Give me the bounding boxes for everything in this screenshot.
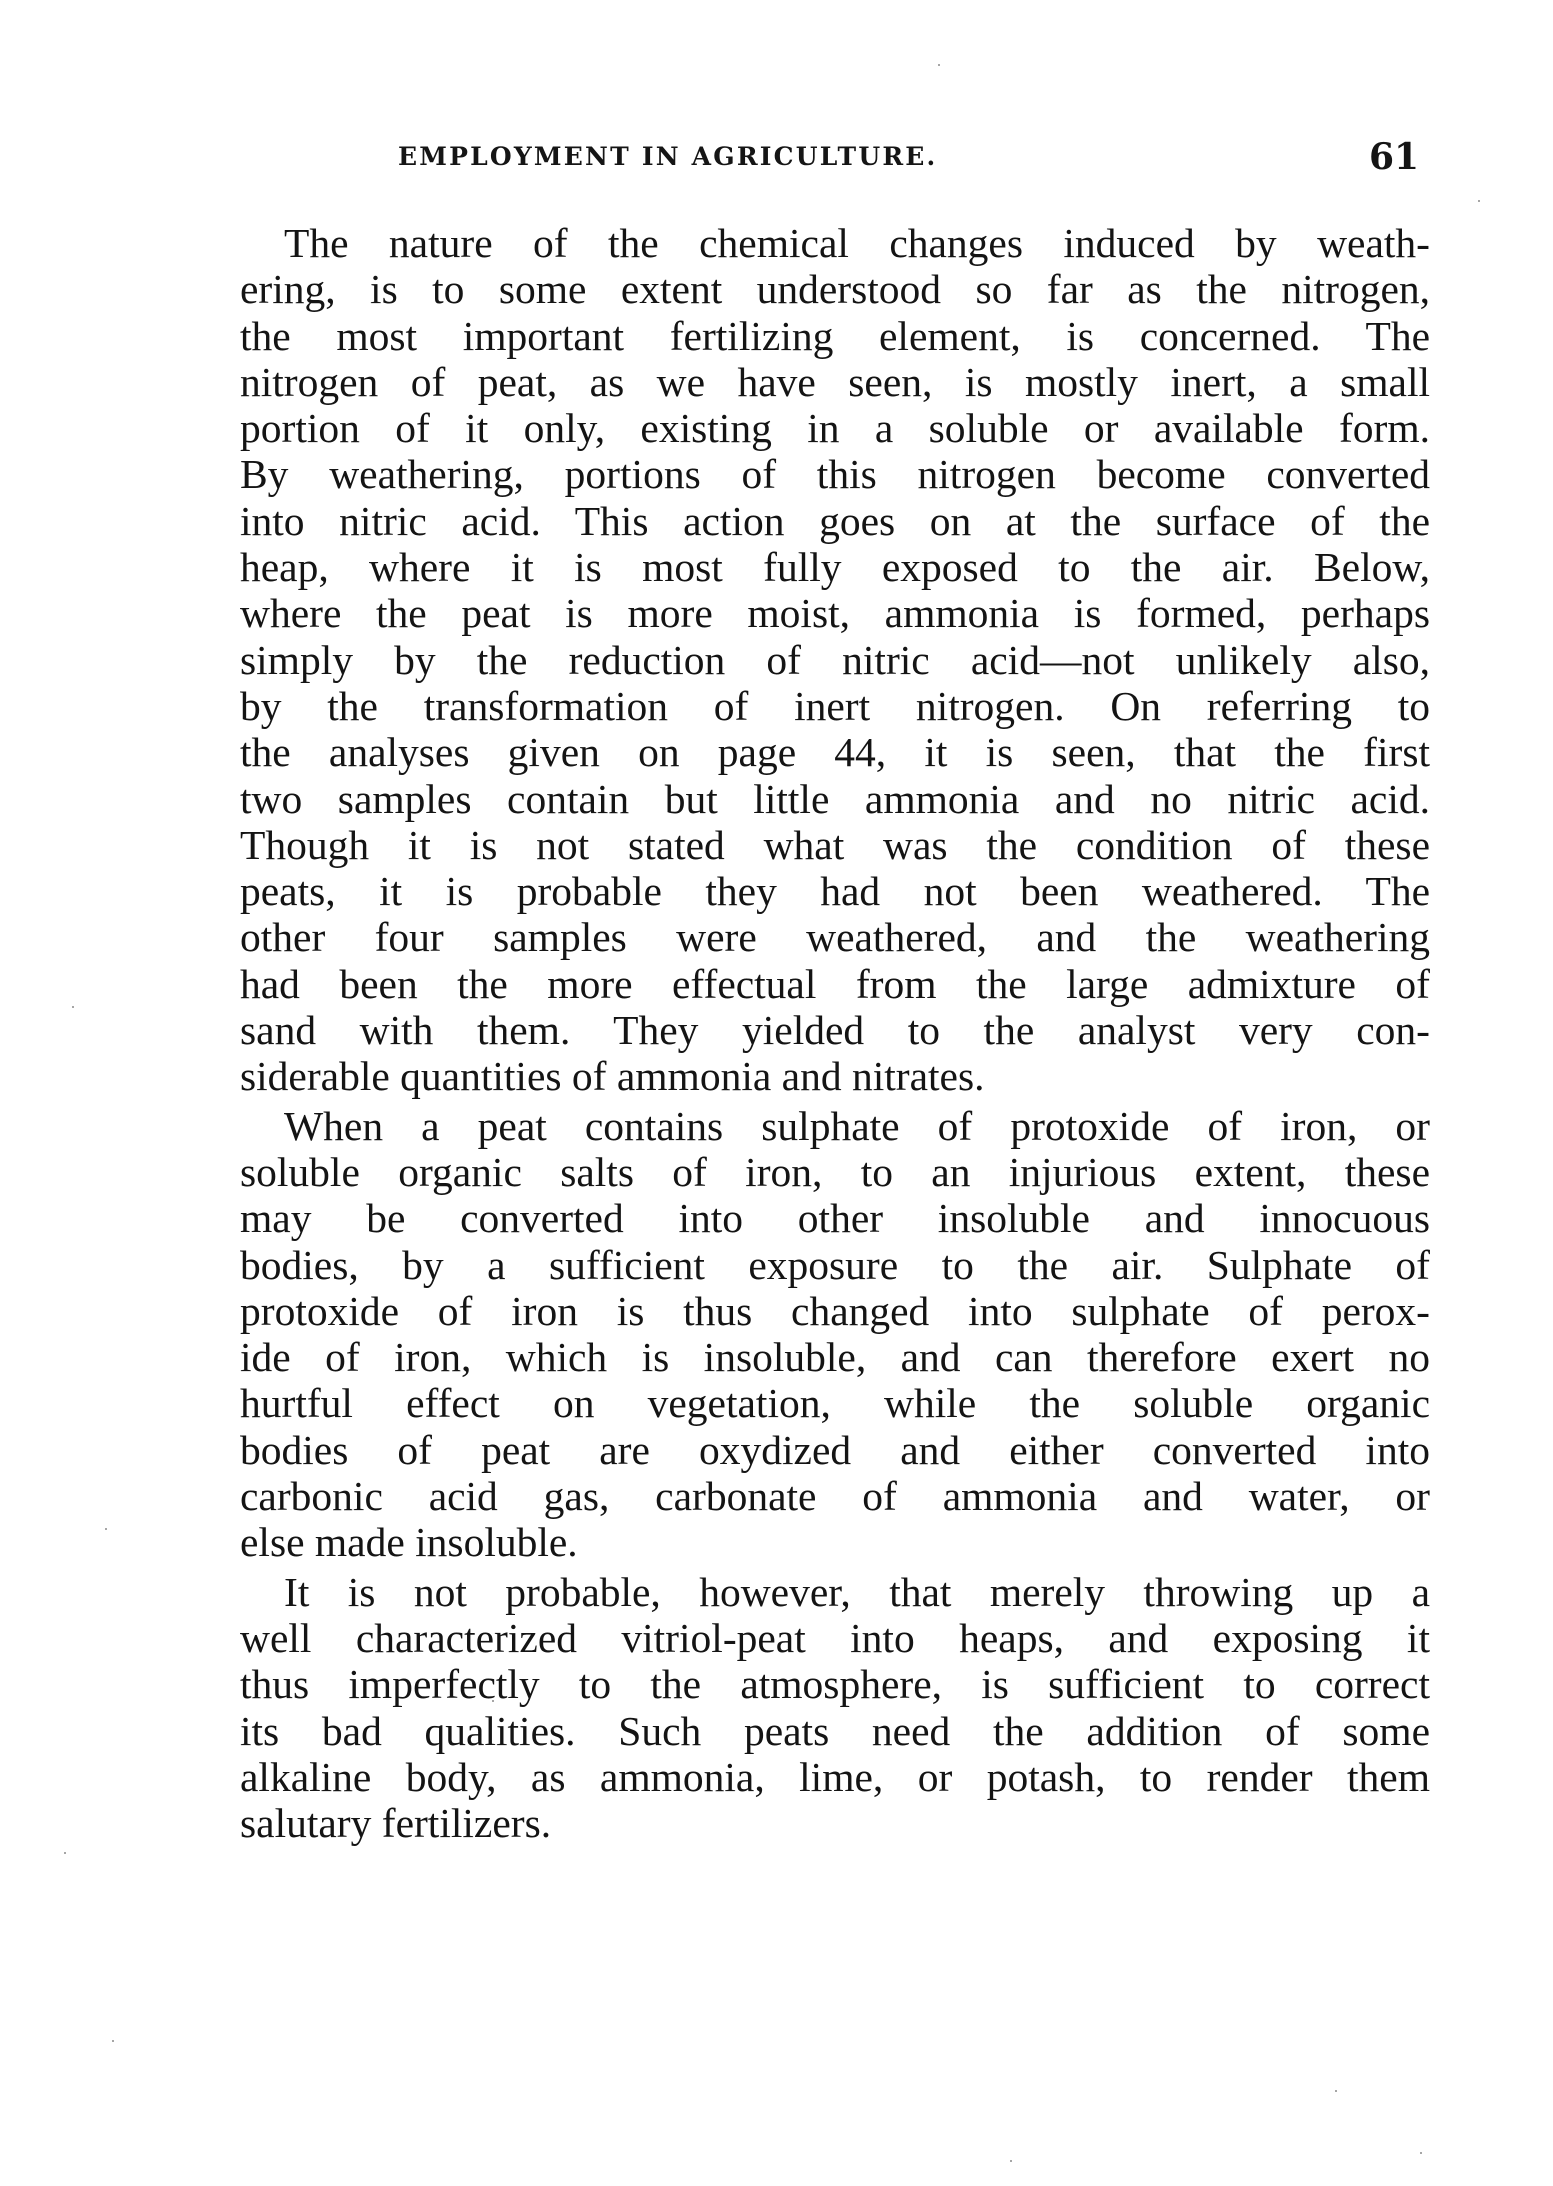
running-head: EMPLOYMENT IN AGRICULTURE. 61 xyxy=(0,136,1553,186)
text-line: thus imperfectly to the atmosphere, is s… xyxy=(240,1661,1430,1707)
text-line: may be converted into other insoluble an… xyxy=(240,1195,1430,1241)
text-line: nitrogen of peat, as we have seen, is mo… xyxy=(240,359,1430,405)
text-line: other four samples were weathered, and t… xyxy=(240,914,1430,960)
text-line: bodies of peat are oxydized and either c… xyxy=(240,1427,1430,1473)
text-line: It is not probable, however, that merely… xyxy=(240,1569,1430,1615)
text-line: peats, it is probable they had not been … xyxy=(240,868,1430,914)
text-line: heap, where it is most fully exposed to … xyxy=(240,544,1430,590)
text-line: When a peat contains sulphate of protoxi… xyxy=(240,1103,1430,1149)
text-line: into nitric acid. This action goes on at… xyxy=(240,498,1430,544)
book-page: EMPLOYMENT IN AGRICULTURE. 61 The nature… xyxy=(0,0,1553,2186)
text-line: Though it is not stated what was the con… xyxy=(240,822,1430,868)
text-line: bodies, by a sufficient exposure to the … xyxy=(240,1242,1430,1288)
text-line: carbonic acid gas, carbonate of ammonia … xyxy=(240,1473,1430,1519)
scan-speck xyxy=(492,1700,494,1702)
text-line: well characterized vitriol-peat into hea… xyxy=(240,1615,1430,1661)
text-line: portion of it only, existing in a solubl… xyxy=(240,405,1430,451)
text-line: by the transformation of inert nitrogen.… xyxy=(240,683,1430,729)
body-text: The nature of the chemical changes induc… xyxy=(240,220,1430,1846)
text-line: had been the more effectual from the lar… xyxy=(240,961,1430,1007)
text-line: the most important fertilizing element, … xyxy=(240,313,1430,359)
scan-speck xyxy=(1478,200,1480,202)
scan-speck xyxy=(938,64,940,66)
paragraph-vitriol-peat: It is not probable, however, that merely… xyxy=(240,1569,1430,1847)
text-line: simply by the reduction of nitric acid—n… xyxy=(240,637,1430,683)
text-line: the analyses given on page 44, it is see… xyxy=(240,729,1430,775)
text-line: siderable quantities of ammonia and nitr… xyxy=(240,1053,1430,1099)
scan-speck xyxy=(112,2040,114,2042)
text-line: salutary fertilizers. xyxy=(240,1800,1430,1846)
scan-speck xyxy=(72,1006,74,1008)
page-number: 61 xyxy=(1369,136,1419,178)
text-line: protoxide of iron is thus changed into s… xyxy=(240,1288,1430,1334)
text-line: sand with them. They yielded to the anal… xyxy=(240,1007,1430,1053)
text-line: The nature of the chemical changes induc… xyxy=(240,220,1430,266)
text-line: ering, is to some extent understood so f… xyxy=(240,266,1430,312)
scan-speck xyxy=(1010,2160,1012,2162)
scan-speck xyxy=(1420,2152,1422,2154)
text-line: alkaline body, as ammonia, lime, or pota… xyxy=(240,1754,1430,1800)
text-line: its bad qualities. Such peats need the a… xyxy=(240,1708,1430,1754)
text-line: ide of iron, which is insoluble, and can… xyxy=(240,1334,1430,1380)
text-line: else made insoluble. xyxy=(240,1519,1430,1565)
scan-speck xyxy=(105,1528,107,1530)
text-line: two samples contain but little ammonia a… xyxy=(240,776,1430,822)
text-line: where the peat is more moist, ammonia is… xyxy=(240,590,1430,636)
paragraph-weathering-nitrogen: The nature of the chemical changes induc… xyxy=(240,220,1430,1100)
scan-speck xyxy=(64,1852,66,1854)
scan-speck xyxy=(1335,2090,1337,2092)
text-line: soluble organic salts of iron, to an inj… xyxy=(240,1149,1430,1195)
paragraph-iron-salts: When a peat contains sulphate of protoxi… xyxy=(240,1103,1430,1566)
running-title: EMPLOYMENT IN AGRICULTURE. xyxy=(398,142,937,171)
text-line: hurtful effect on vegetation, while the … xyxy=(240,1380,1430,1426)
text-line: By weathering, portions of this nitrogen… xyxy=(240,451,1430,497)
